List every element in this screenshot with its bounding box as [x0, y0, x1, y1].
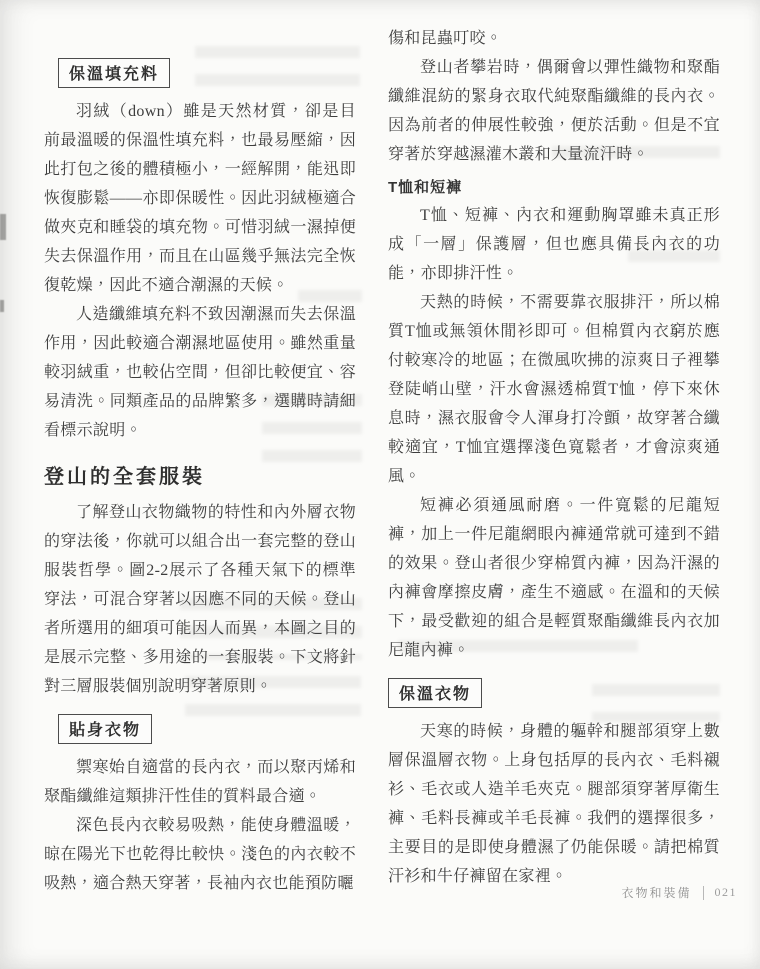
- heading-full-outfit: 登山的全套服裝: [44, 460, 356, 489]
- boxed-header-wrap: 貼身衣物: [58, 714, 356, 744]
- paragraph-outfit-philosophy: 了解登山衣物織物的特性和內外層衣物的穿法後，你就可以組合出一套完整的登山服裝哲學…: [44, 498, 356, 701]
- footer-page-number: 021: [715, 885, 738, 900]
- paragraph-down-fill: 羽絨（down）雖是天然材質，卻是目前最溫暖的保溫性填充料，也最易壓縮，因此打包…: [44, 97, 356, 300]
- left-text-column: 保溫填充料 羽絨（down）雖是天然材質，卻是目前最溫暖的保溫性填充料，也最易壓…: [44, 58, 356, 898]
- scan-artifact: [0, 300, 4, 312]
- section-box-insulating-fill: 保溫填充料: [58, 58, 170, 88]
- paragraph-continuation: 傷和昆蟲叮咬。: [388, 24, 720, 53]
- paragraph-synthetic-fill: 人造纖維填充料不致因潮濕而失去保溫作用，因此較適合潮濕地區使用。雖然重量較羽絨重…: [44, 300, 356, 445]
- footer-divider: [703, 886, 704, 900]
- page-footer: 衣物和裝備 021: [621, 884, 737, 901]
- subheading-tshirt-shorts: T恤和短褲: [388, 176, 720, 197]
- right-text-column: 傷和昆蟲叮咬。 登山者攀岩時，偶爾會以彈性織物和聚酯纖維混紡的緊身衣取代純聚酯纖…: [388, 24, 720, 891]
- footer-section-title: 衣物和裝備: [621, 884, 691, 901]
- paragraph-long-underwear: 禦寒始自適當的長內衣，而以聚丙烯和聚酯纖維這類排汗性佳的質料最合適。: [44, 753, 356, 811]
- scanned-book-page: { "colors": { "paper": "#fbfbf9", "body_…: [0, 0, 760, 969]
- paragraph-shorts: 短褲必須通風耐磨。一件寬鬆的尼龍短褲，加上一件尼龍網眼內褲通常就可達到不錯的效果…: [388, 491, 720, 665]
- paragraph-cold-weather-layers: 天寒的時候，身體的軀幹和腿部須穿上數層保溫層衣物。上身包括厚的長內衣、毛料襯衫、…: [388, 717, 720, 891]
- boxed-header-wrap: 保溫衣物: [388, 678, 720, 708]
- paragraph-stretch-fabric: 登山者攀岩時，偶爾會以彈性織物和聚酯纖維混紡的緊身衣取代純聚酯纖維的長內衣。因為…: [388, 53, 720, 169]
- boxed-header-wrap: 保溫填充料: [58, 58, 356, 88]
- paragraph-dark-vs-light: 深色長內衣較易吸熱，能使身體溫暖，晾在陽光下也乾得比較快。淺色的內衣較不吸熱，適…: [44, 811, 356, 898]
- scan-artifact: [0, 214, 6, 240]
- section-box-base-layer: 貼身衣物: [58, 714, 152, 744]
- paragraph-tshirt-layer: T恤、短褲、內衣和運動胸罩雖未真正形成「一層」保護層，但也應具備長內衣的功能，亦…: [388, 201, 720, 288]
- section-box-insulating-clothing: 保溫衣物: [388, 678, 482, 708]
- paragraph-hot-weather-cotton: 天熱的時候，不需要靠衣服排汗，所以棉質T恤或無領休閒衫即可。但棉質內衣窮於應付較…: [388, 288, 720, 491]
